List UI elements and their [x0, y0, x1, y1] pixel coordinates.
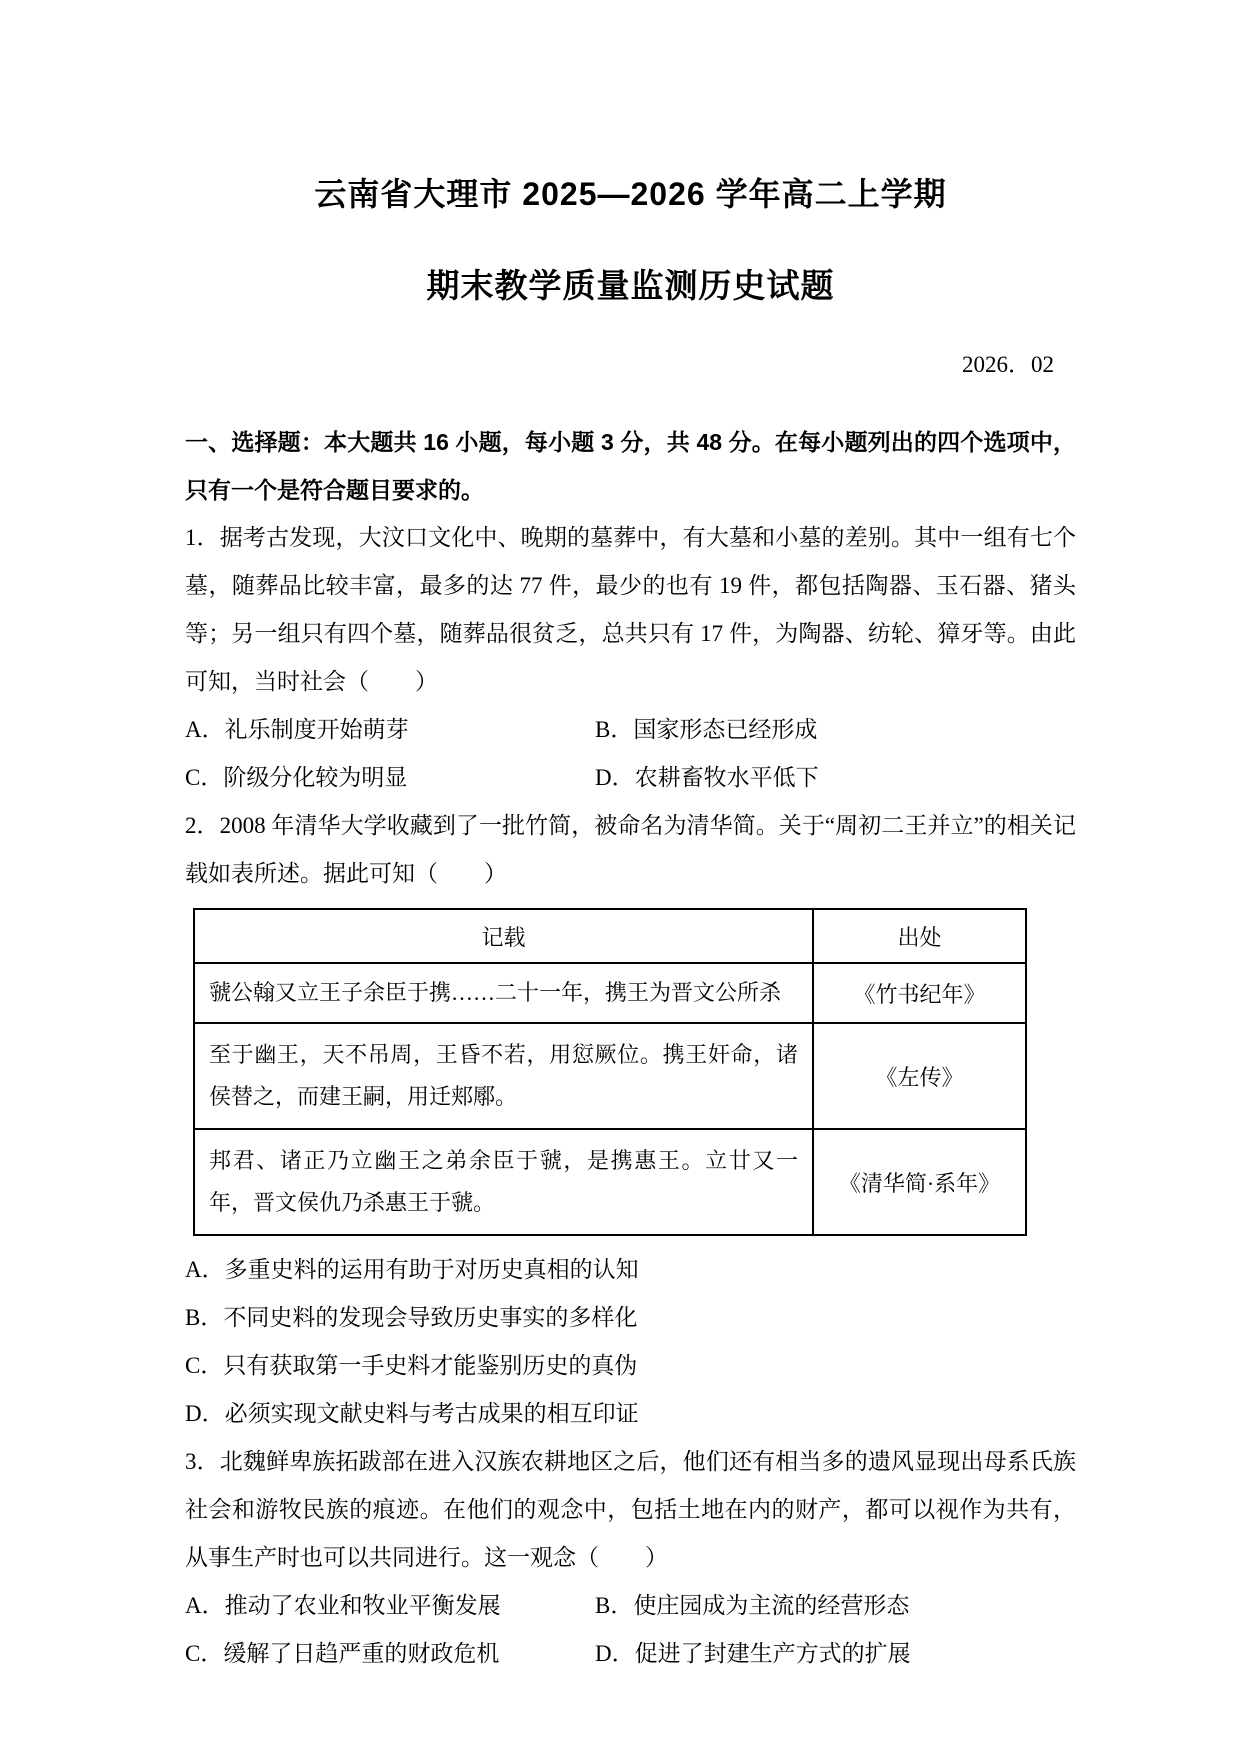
question-2-option-d: D．必须实现文献史料与考古成果的相互印证	[185, 1390, 1076, 1438]
question-1-options-row-1: A．礼乐制度开始萌芽 B．国家形态已经形成	[185, 706, 1076, 754]
table-row: 虢公翰又立王子余臣于携……二十一年，携王为晋文公所杀 《竹书纪年》	[194, 963, 1026, 1023]
question-1-options-row-2: C．阶级分化较为明显 D．农耕畜牧水平低下	[185, 754, 1076, 802]
question-3-options-row-2: C．缓解了日趋严重的财政危机 D．促进了封建生产方式的扩展	[185, 1630, 1076, 1678]
doc-date: 2026．02	[185, 351, 1076, 379]
records-table: 记载 出处 虢公翰又立王子余臣于携……二十一年，携王为晋文公所杀 《竹书纪年》 …	[193, 908, 1027, 1236]
question-3-option-d: D．促进了封建生产方式的扩展	[595, 1630, 911, 1678]
question-3-option-a: A．推动了农业和牧业平衡发展	[185, 1582, 595, 1630]
question-1-stem: 1．据考古发现，大汶口文化中、晚期的墓葬中，有大墓和小墓的差别。其中一组有七个墓…	[185, 514, 1076, 706]
question-1-option-c: C．阶级分化较为明显	[185, 754, 595, 802]
question-3-stem: 3．北魏鲜卑族拓跋部在进入汉族农耕地区之后，他们还有相当多的遗风显现出母系氏族社…	[185, 1438, 1076, 1582]
table-header-row: 记载 出处	[194, 909, 1026, 963]
question-1-option-d: D．农耕畜牧水平低下	[595, 754, 819, 802]
doc-title-line1: 云南省大理市 2025—2026 学年高二上学期	[185, 176, 1076, 213]
question-2-option-a: A．多重史料的运用有助于对历史真相的认知	[185, 1246, 1076, 1294]
record-cell: 虢公翰又立王子余臣于携……二十一年，携王为晋文公所杀	[194, 963, 813, 1023]
question-2-option-b: B．不同史料的发现会导致历史事实的多样化	[185, 1294, 1076, 1342]
table-row: 至于幽王，天不吊周，王昏不若，用愆厥位。携王奸命，诸侯替之，而建王嗣，用迁郏鄏。…	[194, 1023, 1026, 1129]
record-cell: 至于幽王，天不吊周，王昏不若，用愆厥位。携王奸命，诸侯替之，而建王嗣，用迁郏鄏。	[194, 1023, 813, 1129]
question-2-stem: 2．2008 年清华大学收藏到了一批竹简，被命名为清华简。关于“周初二王并立”的…	[185, 802, 1076, 898]
table-header-record: 记载	[194, 909, 813, 963]
table-row: 邦君、诸正乃立幽王之弟余臣于虢，是携惠王。立廿又一年，晋文侯仇乃杀惠王于虢。 《…	[194, 1129, 1026, 1235]
table-header-source: 出处	[813, 909, 1026, 963]
source-cell: 《左传》	[813, 1023, 1026, 1129]
question-3-option-b: B．使庄园成为主流的经营形态	[595, 1582, 909, 1630]
exam-paper-page: 云南省大理市 2025—2026 学年高二上学期 期末教学质量监测历史试题 20…	[0, 0, 1240, 1754]
doc-title-line2: 期末教学质量监测历史试题	[185, 267, 1076, 305]
record-cell: 邦君、诸正乃立幽王之弟余臣于虢，是携惠王。立廿又一年，晋文侯仇乃杀惠王于虢。	[194, 1129, 813, 1235]
section-1-heading: 一、选择题：本大题共 16 小题，每小题 3 分，共 48 分。在每小题列出的四…	[185, 418, 1076, 514]
source-cell: 《竹书纪年》	[813, 963, 1026, 1023]
question-2-option-c: C．只有获取第一手史料才能鉴别历史的真伪	[185, 1342, 1076, 1390]
question-1-option-b: B．国家形态已经形成	[595, 706, 817, 754]
source-cell: 《清华简·系年》	[813, 1129, 1026, 1235]
question-3-options-row-1: A．推动了农业和牧业平衡发展 B．使庄园成为主流的经营形态	[185, 1582, 1076, 1630]
question-1-option-a: A．礼乐制度开始萌芽	[185, 706, 595, 754]
question-3-option-c: C．缓解了日趋严重的财政危机	[185, 1630, 595, 1678]
